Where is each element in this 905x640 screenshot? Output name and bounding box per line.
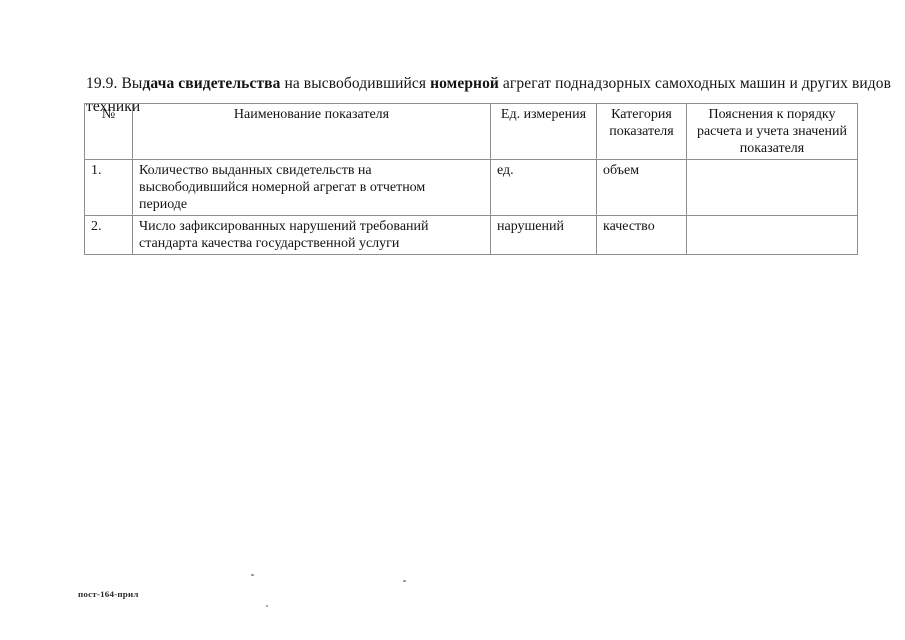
cell-row-number: 1. xyxy=(85,160,133,216)
cell-explanations xyxy=(687,160,858,216)
page-footer-label: пост-164-прил xyxy=(78,589,139,598)
cell-unit: ед. xyxy=(491,160,597,216)
scan-speck xyxy=(266,605,268,607)
cell-indicator-name: Число зафиксированных нарушений требован… xyxy=(133,216,491,255)
cell-category: объем xyxy=(597,160,687,216)
cell-indicator-name: Количество выданных свидетельств на высв… xyxy=(133,160,491,216)
cell-row-number: 2. xyxy=(85,216,133,255)
table-header-row: № Наименование показателя Ед. измерения … xyxy=(85,104,858,160)
col-header-number: № xyxy=(85,104,133,160)
cell-category: качество xyxy=(597,216,687,255)
section-title-text-bold: дача свидетельства xyxy=(142,75,280,92)
section-title-text: 19.9. Вы xyxy=(86,75,142,92)
cell-explanations xyxy=(687,216,858,255)
section-title-text: агрегат поднадзорных самоходных машин и … xyxy=(499,75,891,92)
cell-unit: нарушений xyxy=(491,216,597,255)
table-row: 1. Количество выданных свидетельств на в… xyxy=(85,160,858,216)
section-title-text-bold: номерной xyxy=(430,75,499,92)
col-header-explanations: Пояснения к порядку расчета и учета знач… xyxy=(687,104,858,160)
table-body: 1. Количество выданных свидетельств на в… xyxy=(85,160,858,255)
table-row: 2. Число зафиксированных нарушений требо… xyxy=(85,216,858,255)
col-header-category: Категория показателя xyxy=(597,104,687,160)
col-header-unit: Ед. измерения xyxy=(491,104,597,160)
scan-speck xyxy=(251,574,254,576)
table-header: № Наименование показателя Ед. измерения … xyxy=(85,104,858,160)
indicators-table: № Наименование показателя Ед. измерения … xyxy=(84,103,858,255)
col-header-indicator-name: Наименование показателя xyxy=(133,104,491,160)
section-title-text: на высвободившийся xyxy=(280,75,430,92)
scan-speck xyxy=(403,580,406,582)
document-page: 19.9. Выдача свидетельства на высвободив… xyxy=(0,0,905,640)
